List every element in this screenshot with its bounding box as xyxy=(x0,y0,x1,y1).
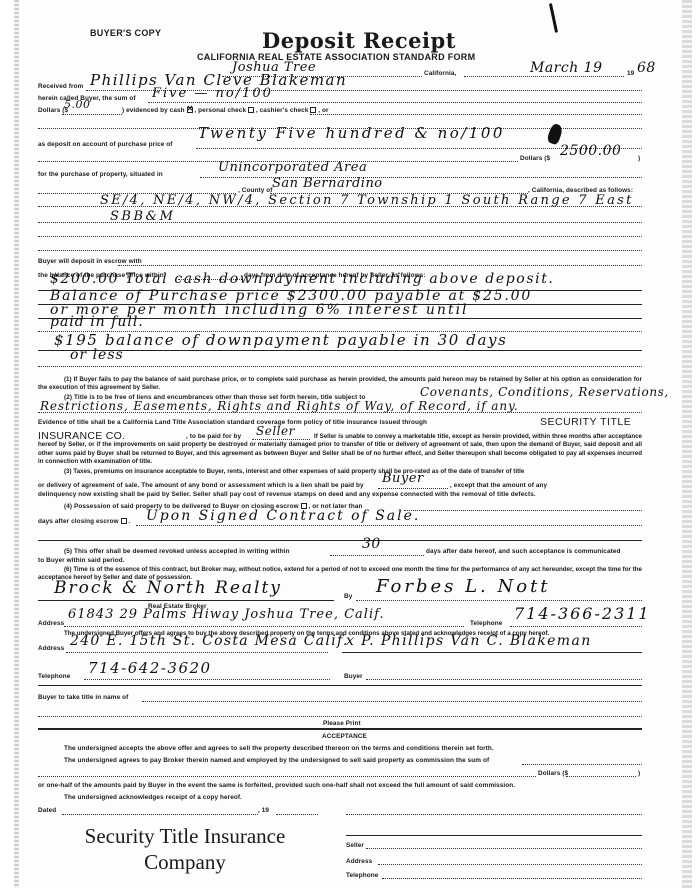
buyer-telephone: 714-642-3620 xyxy=(88,659,212,677)
clause-3-paid-by: Buyer xyxy=(382,471,424,486)
dated-label: Dated xyxy=(38,807,56,814)
buyer-address-label: Address xyxy=(38,645,64,652)
legal-description-line-2: SBB&M xyxy=(110,209,175,224)
year-prefix: 19 xyxy=(627,70,634,77)
or-label: , or xyxy=(318,107,328,114)
deposit-label: as deposit on account of purchase price … xyxy=(38,141,173,148)
acceptance-line-3: or one-half of the amounts paid by Buyer… xyxy=(38,782,515,789)
received-from-label: Received from xyxy=(38,83,83,90)
please-print-label: Please Print xyxy=(323,720,361,727)
acceptance-line-2: The undersigned agrees to pay Broker the… xyxy=(64,757,489,764)
cashiers-check-label: , cashier's check xyxy=(256,107,309,114)
copy-label: BUYER'S COPY xyxy=(90,28,161,38)
broker-address: 61843 29 Palms Hiway Joshua Tree, Calif. xyxy=(68,607,385,622)
acceptance-line-1: The undersigned accepts the above offer … xyxy=(64,745,494,752)
sum-words-value: Five — no/100 xyxy=(152,86,273,101)
seller-telephone-label: Telephone xyxy=(346,872,378,879)
dollars-value: 5.00 xyxy=(64,98,91,111)
california-label: California, xyxy=(424,70,456,77)
buyer-signature-label: Buyer xyxy=(344,673,363,680)
acceptance-line-4: The undersigned acknowledges receipt of … xyxy=(64,794,242,801)
terms-line-4: paid in full. xyxy=(50,314,144,330)
clause-2-evidence: Evidence of title shall be a California … xyxy=(38,419,427,426)
clause-2-rest: If Seller is unable to convey a marketab… xyxy=(38,433,642,467)
cashiers-check-checkbox[interactable] xyxy=(310,107,316,113)
broker-address-label: Address xyxy=(38,620,64,627)
clause-3a: (3) Taxes, premiums on insurance accepta… xyxy=(38,468,642,476)
broker-by-label: By xyxy=(344,593,352,600)
clause-3b: or delivery of agreement of sale. The am… xyxy=(38,482,364,489)
legal-description-line-1: SE/4, NE/4, NW/4, Section 7 Township 1 S… xyxy=(100,193,634,208)
scan-edge-right xyxy=(682,0,692,888)
close-paren-2: ) xyxy=(638,770,640,777)
county-value: San Bernardino xyxy=(272,176,383,191)
broker-name: Brock & North Realty xyxy=(54,578,282,598)
close-paren: ) xyxy=(638,155,640,162)
clause-5a: (5) This offer shall be deemed revoked u… xyxy=(64,548,290,555)
take-title-label: Buyer to take title in name of xyxy=(38,694,128,701)
price-words-value: Twenty Five hundred & no/100 xyxy=(198,124,505,142)
title-company-a: SECURITY TITLE xyxy=(540,416,631,428)
days-after-closing-checkbox[interactable] xyxy=(121,518,127,524)
personal-check-label: , personal check xyxy=(194,107,246,114)
cash-checkbox[interactable] xyxy=(187,107,193,113)
scan-edge-left xyxy=(14,0,19,888)
price-dollars-label: Dollars ($ xyxy=(520,155,550,162)
personal-check-checkbox[interactable] xyxy=(248,107,254,113)
company-line-1: Security Title Insurance xyxy=(40,823,330,849)
terms-line-1: $200.00 Total cash downpayment including… xyxy=(50,271,554,287)
date-value: March 19 xyxy=(530,60,603,76)
year-value: 68 xyxy=(637,60,656,76)
broker-telephone-label: Telephone xyxy=(470,620,502,627)
clause-5c: to Buyer within said period. xyxy=(38,557,125,564)
seller-address-label: Address xyxy=(346,858,372,865)
property-label: for the purchase of property, situated i… xyxy=(38,171,163,178)
clause-4c-row: days after closing escrow . xyxy=(38,518,130,525)
evidenced-label: ) evidenced by cash xyxy=(122,107,185,114)
buyer-telephone-label: Telephone xyxy=(38,673,70,680)
page-title: Deposit Receipt xyxy=(262,28,456,53)
acceptance-heading: ACCEPTANCE xyxy=(322,733,367,740)
company-line-2: Company xyxy=(40,849,330,875)
evidenced-row: ) evidenced by cash , personal check , c… xyxy=(122,107,329,114)
clause-2-handwritten-2: Restrictions, Easements, Rights and Righ… xyxy=(40,399,519,413)
clause-4c: days after closing escrow xyxy=(38,518,119,525)
dated-year-prefix: , 19 xyxy=(258,807,269,814)
situated-in-value: Unincorporated Area xyxy=(218,160,367,175)
broker-telephone: 714-366-2311 xyxy=(514,604,651,623)
clause-4-handwritten: Upon Signed Contract of Sale. xyxy=(146,508,420,524)
broker-signature: Forbes L. Nott xyxy=(376,576,551,597)
clause-5b: days after date hereof, and such accepta… xyxy=(426,548,621,555)
buyer-address: 240 E. 15th St. Costa Mesa Calif. xyxy=(70,633,349,649)
footer-company: Security Title Insurance Company xyxy=(40,823,330,875)
clause-5-days: 30 xyxy=(362,536,381,552)
price-amount-value: 2500.00 xyxy=(560,143,621,159)
terms-line-6: or less xyxy=(70,347,124,363)
clause-3c: , except that the amount of any xyxy=(450,482,547,489)
clause-2-handwritten-1: Covenants, Conditions, Reservations, xyxy=(420,385,669,399)
seller-label: Seller xyxy=(346,842,364,849)
acceptance-dollars-label: Dollars ($ xyxy=(538,770,568,777)
clause-3d: delinquency now existing shall be paid b… xyxy=(38,491,536,498)
buyer-signature: x P. Phillips Van C. Blakeman xyxy=(346,633,592,649)
